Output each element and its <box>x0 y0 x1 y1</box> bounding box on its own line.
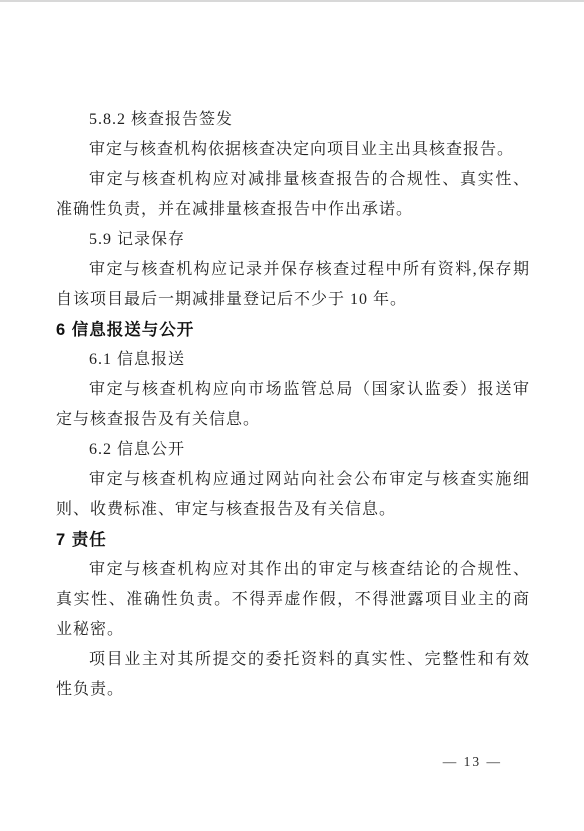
document-page: 5.8.2 核查报告签发 审定与核查机构依据核查决定向项目业主出具核查报告。 审… <box>0 0 584 831</box>
section-heading-6: 6 信息报送与公开 <box>56 315 530 345</box>
paragraph: 审定与核查机构应通过网站向社会公布审定与核查实施细则、收费标准、审定与核查报告及… <box>56 465 530 525</box>
subsection-heading-6-2: 6.2 信息公开 <box>56 435 530 465</box>
subsection-heading-5-8-2: 5.8.2 核查报告签发 <box>56 105 530 135</box>
paragraph: 审定与核查机构应对减排量核查报告的合规性、真实性、准确性负责，并在减排量核查报告… <box>56 165 530 225</box>
paragraph: 项目业主对其所提交的委托资料的真实性、完整性和有效性负责。 <box>56 645 530 705</box>
subsection-heading-6-1: 6.1 信息报送 <box>56 345 530 375</box>
paragraph: 审定与核查机构应对其作出的审定与核查结论的合规性、真实性、准确性负责。不得弄虚作… <box>56 555 530 645</box>
page-number: — 13 — <box>443 753 502 771</box>
paragraph: 审定与核查机构依据核查决定向项目业主出具核查报告。 <box>56 135 530 165</box>
scan-edge-divider <box>0 0 584 2</box>
paragraph: 审定与核查机构应记录并保存核查过程中所有资料,保存期自该项目最后一期减排量登记后… <box>56 255 530 315</box>
document-body: 5.8.2 核查报告签发 审定与核查机构依据核查决定向项目业主出具核查报告。 审… <box>56 105 530 705</box>
subsection-heading-5-9: 5.9 记录保存 <box>56 225 530 255</box>
section-heading-7: 7 责任 <box>56 525 530 555</box>
paragraph: 审定与核查机构应向市场监管总局（国家认监委）报送审定与核查报告及有关信息。 <box>56 375 530 435</box>
